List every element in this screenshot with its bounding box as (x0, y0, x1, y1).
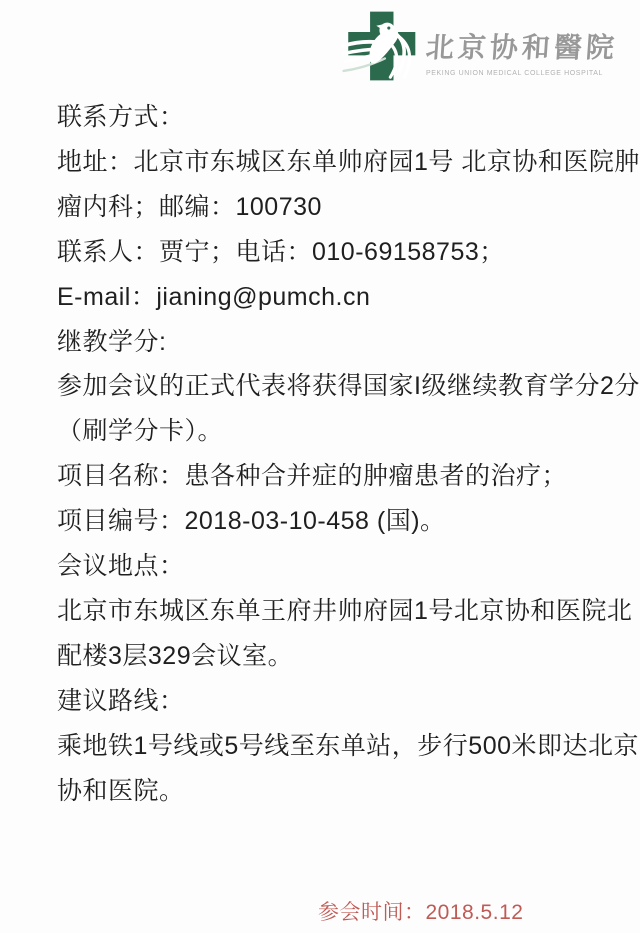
hospital-logo-text: 北京协和醫院 PEKING UNION MEDICAL COLLEGE HOSP… (426, 26, 618, 77)
venue-line-1: 北京市东城区东单王府井帅府园1号北京协和医院北 (57, 589, 607, 634)
project-number: 项目编号：2018-03-10-458 (国)。 (57, 499, 607, 544)
section-heading-venue: 会议地点： (57, 544, 607, 589)
section-heading-contact: 联系方式： (57, 95, 607, 140)
credits-line-1: 参加会议的正式代表将获得国家I级继续教育学分2分 (57, 364, 607, 409)
contact-person-phone: 联系人：贾宁；电话：010-69158753； (57, 230, 607, 275)
attendance-time-date: 2018.5.12 (426, 901, 524, 924)
project-name: 项目名称：患各种合并症的肿瘤患者的治疗； (57, 454, 607, 499)
address-line-1: 地址：北京市东城区东单帅府园1号 北京协和医院肿 (57, 140, 607, 185)
section-heading-credits: 继教学分: (57, 320, 607, 365)
route-line-2: 协和医院。 (57, 769, 607, 814)
contact-email: E-mail：jianing@pumch.cn (57, 275, 607, 320)
hospital-name-en: PEKING UNION MEDICAL COLLEGE HOSPITAL (426, 70, 618, 77)
hospital-name-zh: 北京协和醫院 (425, 26, 620, 66)
attendance-time: 参会时间：2018.5.12 (318, 896, 523, 926)
announcement-body: 联系方式： 地址：北京市东城区东单帅府园1号 北京协和医院肿 瘤内科；邮编：10… (57, 95, 607, 814)
section-heading-route: 建议路线： (57, 679, 607, 724)
credits-line-2: （刷学分卡）。 (57, 409, 607, 454)
address-line-2: 瘤内科；邮编：100730 (57, 185, 607, 230)
route-line-1: 乘地铁1号线或5号线至东单站，步行500米即达北京 (57, 724, 607, 769)
venue-line-2: 配楼3层329会议室。 (57, 634, 607, 679)
hospital-logo: 北京协和醫院 PEKING UNION MEDICAL COLLEGE HOSP… (342, 10, 618, 82)
attendance-time-label: 参会时间： (318, 901, 426, 924)
pumch-cross-dove-icon (342, 10, 420, 82)
